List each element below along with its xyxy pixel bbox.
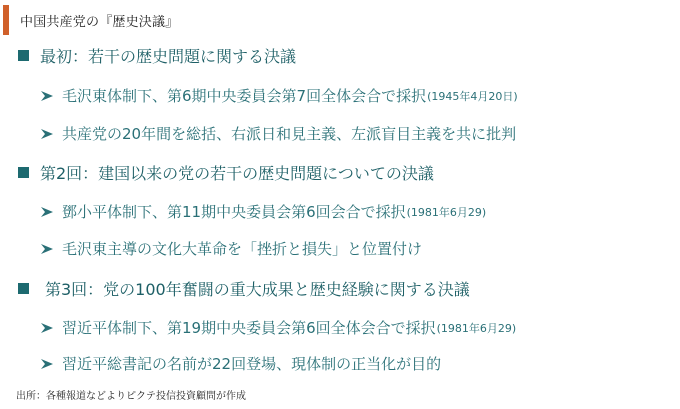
list-item-text: 習近平総書記の名前が22回登場、現体制の正当化が目的 [62,353,441,374]
list-item: 鄧小平体制下、第11期中央委員会第6回会合で採択 (1981年6月29) [40,201,486,222]
page-title: 中国共産党の『歴史決議』 [20,11,178,30]
section-heading-text: 第3回：党の100年奮闘の重大成果と歴史経験に関する決議 [45,277,470,300]
arrow-bullet-icon [40,357,54,371]
arrow-bullet-icon [40,127,54,141]
section-heading-text: 第2回：建国以来の党の若干の歴史問題についての決議 [40,161,434,184]
section-heading-2: 第2回：建国以来の党の若干の歴史問題についての決議 [18,161,434,184]
square-bullet-icon [18,283,29,294]
list-item: 毛沢東体制下、第6期中央委員会第7回全体会合で採択 (1945年4月20日) [40,85,518,106]
list-item-text: 習近平体制下、第19期中央委員会第6回全体会合で採択 [62,317,436,338]
arrow-bullet-icon [40,242,54,256]
list-item: 共産党の20年間を総括、右派日和見主義、左派盲目主義を共に批判 [40,123,516,144]
arrow-bullet-icon [40,321,54,335]
list-item-text: 毛沢東体制下、第6期中央委員会第7回全体会合で採択 [62,85,426,106]
title-bar: 中国共産党の『歴史決議』 [3,5,178,35]
list-item-text: 共産党の20年間を総括、右派日和見主義、左派盲目主義を共に批判 [62,123,516,144]
source-footnote: 出所：各種報道などよりピクテ投信投資顧問が作成 [16,387,246,402]
list-item: 習近平総書記の名前が22回登場、現体制の正当化が目的 [40,353,441,374]
list-item-note: (1981年6月29) [437,320,517,336]
list-item-text: 鄧小平体制下、第11期中央委員会第6回会合で採択 [62,201,406,222]
list-item: 習近平体制下、第19期中央委員会第6回全体会合で採択 (1981年6月29) [40,317,516,338]
list-item-note: (1981年6月29) [407,204,487,220]
title-accent-bar [3,5,9,35]
section-heading-1: 最初：若干の歴史問題に関する決議 [18,44,296,67]
section-heading-text: 最初：若干の歴史問題に関する決議 [40,44,296,67]
list-item-note: (1945年4月20日) [427,88,518,104]
section-heading-3: 第3回：党の100年奮闘の重大成果と歴史経験に関する決議 [18,277,470,300]
arrow-bullet-icon [40,205,54,219]
list-item: 毛沢東主導の文化大革命を「挫折と損失」と位置付け [40,238,422,259]
square-bullet-icon [18,167,29,178]
arrow-bullet-icon [40,89,54,103]
list-item-text: 毛沢東主導の文化大革命を「挫折と損失」と位置付け [62,238,422,259]
square-bullet-icon [18,50,29,61]
